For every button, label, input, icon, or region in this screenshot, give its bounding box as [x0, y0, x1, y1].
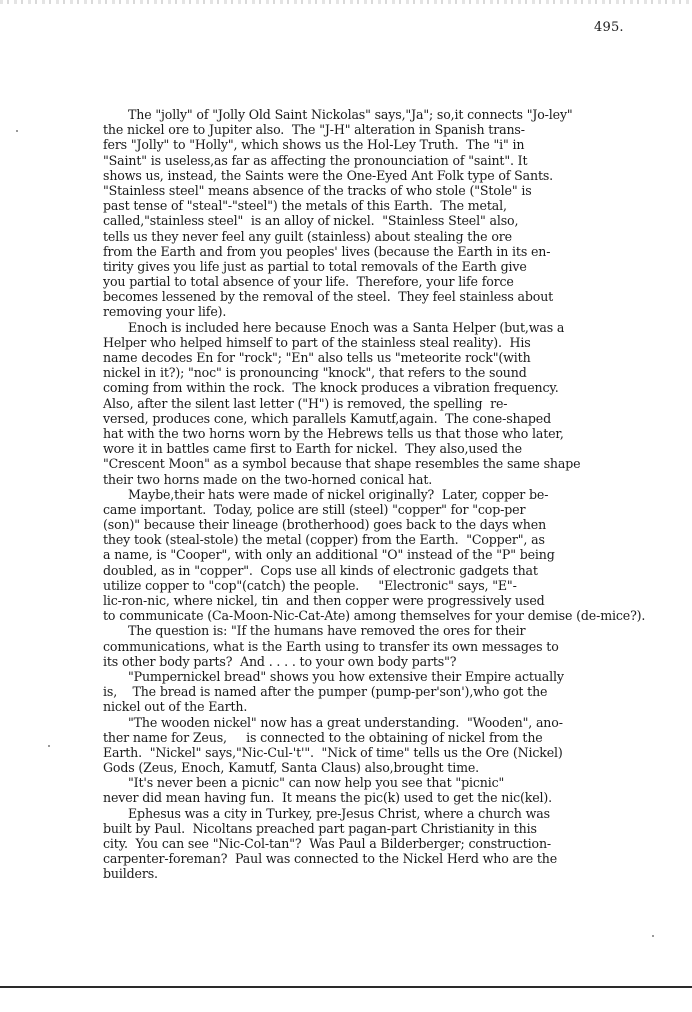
text-line: shows us, instead, the Saints were the O…	[103, 168, 692, 183]
text-line: fers "Jolly" to "Holly", which shows us …	[103, 137, 692, 152]
text-line: a name, is "Cooper", with only an additi…	[103, 547, 692, 562]
text-line: "Saint" is useless,as far as affecting t…	[103, 153, 692, 168]
text-line: Maybe,their hats were made of nickel ori…	[103, 487, 692, 502]
text-line: The "jolly" of "Jolly Old Saint Nickolas…	[103, 107, 692, 122]
scan-speck	[16, 130, 18, 132]
scan-speck	[652, 935, 654, 937]
text-line: Helper who helped himself to part of the…	[103, 335, 692, 350]
text-line: to communicate (Ca-Moon-Nic-Cat-Ate) amo…	[103, 608, 692, 623]
page-number: 495.	[594, 20, 624, 35]
text-line: removing your life).	[103, 304, 692, 319]
text-line: built by Paul. Nicoltans preached part p…	[103, 821, 692, 836]
scan-artifact-top-edge	[0, 0, 692, 4]
text-line: wore it in battles came first to Earth f…	[103, 441, 692, 456]
text-line: called,"stainless steel" is an alloy of …	[103, 213, 692, 228]
text-line: lic-ron-nic, where nickel, tin and then …	[103, 593, 692, 608]
text-line: coming from within the rock. The knock p…	[103, 380, 692, 395]
text-line: Also, after the silent last letter ("H")…	[103, 396, 692, 411]
text-line: "The wooden nickel" now has a great unde…	[103, 715, 692, 730]
text-line: nickel out of the Earth.	[103, 699, 692, 714]
text-line: the nickel ore to Jupiter also. The "J-H…	[103, 122, 692, 137]
text-line: doubled, as in "copper". Cops use all ki…	[103, 563, 692, 578]
text-line: came important. Today, police are still …	[103, 502, 692, 517]
text-line: never did mean having fun. It means the …	[103, 790, 692, 805]
page-bottom-rule	[0, 986, 692, 988]
text-line: carpenter-foreman? Paul was connected to…	[103, 851, 692, 866]
text-line: "Crescent Moon" as a symbol because that…	[103, 456, 692, 471]
text-line: "Stainless steel" means absence of the t…	[103, 183, 692, 198]
text-line: Earth. "Nickel" says,"Nic-Cul-'t'". "Nic…	[103, 745, 692, 760]
text-line: its other body parts? And . . . . to you…	[103, 654, 692, 669]
text-line: they took (steal-stole) the metal (coppe…	[103, 532, 692, 547]
typewritten-body-text: The "jolly" of "Jolly Old Saint Nickolas…	[103, 107, 692, 882]
text-line: Ephesus was a city in Turkey, pre-Jesus …	[103, 806, 692, 821]
text-line: city. You can see "Nic-Col-tan"? Was Pau…	[103, 836, 692, 851]
text-line: ther name for Zeus, is connected to the …	[103, 730, 692, 745]
text-line: builders.	[103, 866, 692, 881]
text-line: their two horns made on the two-horned c…	[103, 472, 692, 487]
text-line: (son)" because their lineage (brotherhoo…	[103, 517, 692, 532]
text-line: past tense of "steal"-"steel") the metal…	[103, 198, 692, 213]
scan-speck	[48, 745, 50, 747]
text-line: hat with the two horns worn by the Hebre…	[103, 426, 692, 441]
text-line: name decodes En for "rock"; "En" also te…	[103, 350, 692, 365]
text-line: nickel in it?); "noc" is pronouncing "kn…	[103, 365, 692, 380]
text-line: utilize copper to "cop"(catch) the peopl…	[103, 578, 692, 593]
text-line: "It's never been a picnic" can now help …	[103, 775, 692, 790]
text-line: "Pumpernickel bread" shows you how exten…	[103, 669, 692, 684]
text-line: tells us they never feel any guilt (stai…	[103, 229, 692, 244]
text-line: versed, produces cone, which parallels K…	[103, 411, 692, 426]
text-line: communications, what is the Earth using …	[103, 639, 692, 654]
text-line: The question is: "If the humans have rem…	[103, 623, 692, 638]
text-line: tirity gives you life just as partial to…	[103, 259, 692, 274]
text-line: Gods (Zeus, Enoch, Kamutf, Santa Claus) …	[103, 760, 692, 775]
text-line: Enoch is included here because Enoch was…	[103, 320, 692, 335]
text-line: becomes lessened by the removal of the s…	[103, 289, 692, 304]
text-line: is, The bread is named after the pumper …	[103, 684, 692, 699]
text-line: from the Earth and from you peoples' liv…	[103, 244, 692, 259]
text-line: you partial to total absence of your lif…	[103, 274, 692, 289]
